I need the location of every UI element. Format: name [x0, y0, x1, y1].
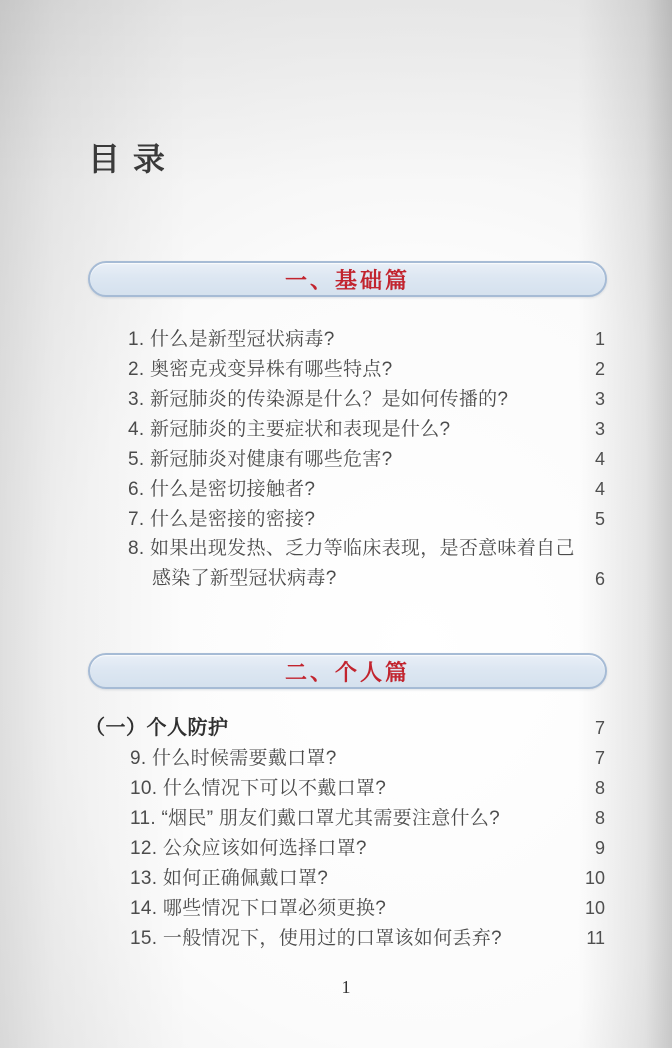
toc-entry-page: 11 [578, 923, 605, 953]
toc-entry: 8. 如果出现发热、乏力等临床表现，是否意味着自己感染了新型冠状病毒? 6 [128, 534, 605, 594]
toc-entry: 10. 什么情况下可以不戴口罩? 8 [130, 773, 605, 803]
toc-entry-title: 1. 什么是新型冠状病毒? [128, 325, 335, 355]
section-header-personal: 二、个人篇 [88, 653, 607, 689]
toc-entry-title: 11. “烟民” 朋友们戴口罩尤其需要注意什么? [130, 804, 500, 834]
toc-entry-title: 4. 新冠肺炎的主要症状和表现是什么? [128, 415, 450, 445]
toc-entry-page: 10 [577, 893, 605, 923]
toc-entry-page: 10 [577, 863, 605, 893]
toc-entry-page: 8 [587, 803, 605, 833]
toc-entry-title: 13. 如何正确佩戴口罩? [130, 864, 328, 894]
section-header-label: 一、基础篇 [285, 264, 410, 295]
toc-entry: 2. 奥密克戎变异株有哪些特点? 2 [128, 354, 605, 384]
toc-entry: 3. 新冠肺炎的传染源是什么？是如何传播的? 3 [128, 384, 605, 414]
toc-entry-title: 15. 一般情况下，使用过的口罩该如何丢弃? [130, 924, 502, 954]
toc-entry-page: 7 [587, 743, 605, 773]
toc-subsection-title: （一）个人防护 [85, 713, 229, 743]
toc-entry: 5. 新冠肺炎对健康有哪些危害? 4 [128, 444, 605, 474]
toc-entry-title: 8. 如果出现发热、乏力等临床表现，是否意味着自己感染了新型冠状病毒? [128, 534, 575, 594]
toc-entry: 12. 公众应该如何选择口罩? 9 [130, 833, 605, 863]
toc-entry-page: 5 [587, 504, 605, 534]
toc-entry-title: 2. 奥密克戎变异株有哪些特点? [128, 355, 393, 385]
toc-entry-title: 5. 新冠肺炎对健康有哪些危害? [128, 445, 393, 475]
toc-entry-title: 9. 什么时候需要戴口罩? [130, 744, 337, 774]
toc-entry: 1. 什么是新型冠状病毒? 1 [128, 324, 605, 354]
toc-entry: 9. 什么时候需要戴口罩? 7 [130, 743, 605, 773]
toc-subsection: （一）个人防护 7 [85, 713, 605, 743]
toc-entry-title: 6. 什么是密切接触者? [128, 475, 315, 505]
toc-list-personal: 9. 什么时候需要戴口罩? 7 10. 什么情况下可以不戴口罩? 8 11. “… [130, 743, 605, 953]
toc-entry-page: 3 [587, 414, 605, 444]
toc-entry-title: 14. 哪些情况下口罩必须更换? [130, 894, 386, 924]
toc-entry: 13. 如何正确佩戴口罩? 10 [130, 863, 605, 893]
toc-entry-page: 9 [587, 833, 605, 863]
toc-subsection-page: 7 [595, 713, 605, 743]
toc-entry-page: 4 [587, 444, 605, 474]
page-title: 目 录 [88, 134, 167, 180]
toc-entry-title: 10. 什么情况下可以不戴口罩? [130, 774, 386, 804]
toc-entry: 4. 新冠肺炎的主要症状和表现是什么? 3 [128, 414, 605, 444]
footer-page-number: 1 [0, 977, 672, 998]
toc-entry-title: 3. 新冠肺炎的传染源是什么？是如何传播的? [128, 385, 508, 415]
toc-entry-page: 6 [587, 564, 605, 594]
toc-entry-page: 8 [587, 773, 605, 803]
toc-entry-page: 1 [587, 324, 605, 354]
toc-entry-page: 2 [587, 354, 605, 384]
toc-list-basics: 1. 什么是新型冠状病毒? 1 2. 奥密克戎变异株有哪些特点? 2 3. 新冠… [128, 324, 605, 594]
toc-entry-page: 4 [587, 474, 605, 504]
toc-entry: 14. 哪些情况下口罩必须更换? 10 [130, 893, 605, 923]
section-header-basics: 一、基础篇 [88, 261, 607, 297]
toc-entry-page: 3 [587, 384, 605, 414]
toc-entry-title: 7. 什么是密接的密接? [128, 505, 315, 535]
toc-entry: 15. 一般情况下，使用过的口罩该如何丢弃? 11 [130, 923, 605, 953]
toc-entry: 7. 什么是密接的密接? 5 [128, 504, 605, 534]
toc-entry-title: 12. 公众应该如何选择口罩? [130, 834, 367, 864]
toc-entry: 11. “烟民” 朋友们戴口罩尤其需要注意什么? 8 [130, 803, 605, 833]
section-header-label: 二、个人篇 [285, 656, 410, 687]
toc-page: 目 录 一、基础篇 1. 什么是新型冠状病毒? 1 2. 奥密克戎变异株有哪些特… [0, 0, 672, 1048]
toc-entry: 6. 什么是密切接触者? 4 [128, 474, 605, 504]
